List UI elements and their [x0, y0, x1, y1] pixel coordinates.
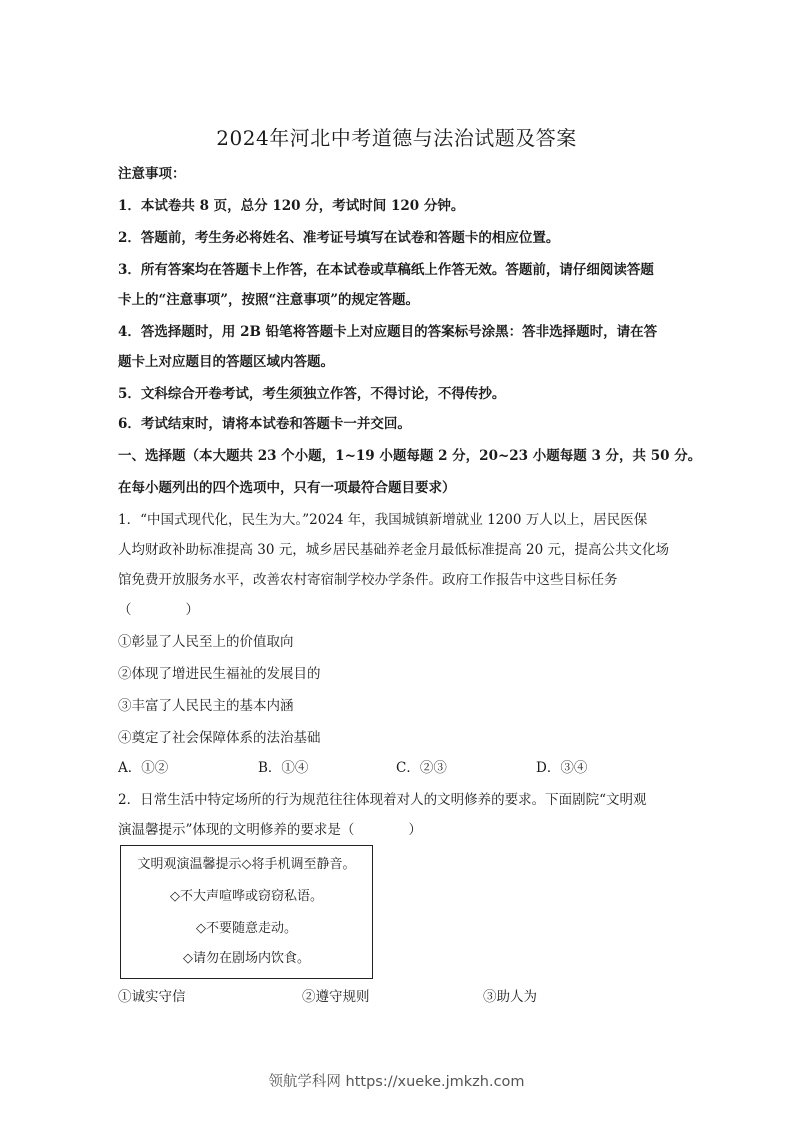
section-heading: 在每小题列出的四个选项中，只有一项最符合题目要求）: [118, 478, 456, 498]
statement: ②遵守规则: [302, 987, 370, 1007]
section-heading: 一、选择题（本大题共 23 个小题，1~19 小题每题 2 分，20~23 小题…: [118, 446, 701, 466]
notice-item: 1．本试卷共 8 页，总分 120 分，考试时间 120 分钟。: [118, 196, 464, 216]
statement: ④奠定了社会保障体系的法治基础: [118, 728, 321, 748]
footer-watermark: 领航学科网 https://xueke.jmkzh.com: [0, 1070, 793, 1091]
notice-item: 4．答选择题时，用 2B 铅笔将答题卡上对应题目的答案标号涂黑：答非选择题时，请…: [118, 322, 657, 342]
notice-item: 卡上的“注意事项”，按照“注意事项”的规定答题。: [118, 290, 419, 310]
statement: ③丰富了人民民主的基本内涵: [118, 696, 294, 716]
exam-page: 2024年河北中考道德与法治试题及答案 注意事项： 1．本试卷共 8 页，总分 …: [0, 0, 793, 1122]
notice-box-line: ◇请勿在剧场内饮食。: [121, 950, 372, 968]
notice-item: 题卡上对应题目的答题区域内答题。: [118, 352, 334, 372]
question-2-stem: 2．日常生活中特定场所的行为规范往往体现着对人的文明修养的要求。下面剧院“文明观: [118, 790, 647, 810]
option-c: C．②③: [396, 758, 447, 778]
option-a: A．①②: [118, 758, 168, 778]
statement: ①彰显了人民至上的价值取向: [118, 632, 294, 652]
option-d: D．③④: [536, 758, 587, 778]
answer-blank: （ ）: [118, 600, 199, 620]
notice-box-line: 文明观演温馨提示◇将手机调至静音。: [121, 856, 372, 874]
notice-item: 3．所有答案均在答题卡上作答，在本试卷或草稿纸上作答无效。答题前，请仔细阅读答题: [118, 260, 654, 280]
statement: ②体现了增进民生福祉的发展目的: [118, 664, 321, 684]
question-1-stem: 人均财政补助标准提高 30 元，城乡居民基础养老金月最低标准提高 20 元，提高…: [118, 540, 669, 560]
notice-box-line: ◇不要随意走动。: [121, 920, 372, 938]
notice-heading: 注意事项：: [118, 164, 186, 184]
theater-notice-box: 文明观演温馨提示◇将手机调至静音。 ◇不大声喧哗或窃窃私语。 ◇不要随意走动。 …: [120, 845, 373, 979]
page-title: 2024年河北中考道德与法治试题及答案: [0, 124, 793, 152]
question-1-stem: 1．“中国式现代化，民生为大。”2024 年，我国城镇新增就业 1200 万人以…: [118, 510, 647, 530]
notice-item: 2．答题前，考生务必将姓名、准考证号填写在试卷和答题卡的相应位置。: [118, 228, 559, 248]
statement: ③助人为: [483, 987, 537, 1007]
question-2-stem: 演温馨提示”体现的文明修养的要求是（ ）: [118, 820, 422, 840]
statement: ①诚实守信: [118, 987, 186, 1007]
notice-item: 6．考试结束时，请将本试卷和答题卡一并交回。: [118, 414, 411, 434]
notice-box-line: ◇不大声喧哗或窃窃私语。: [121, 888, 372, 906]
notice-item: 5．文科综合开卷考试，考生须独立作答，不得讨论，不得传抄。: [118, 384, 505, 404]
question-1-stem: 馆免费开放服务水平，改善农村寄宿制学校办学条件。政府工作报告中这些目标任务: [118, 570, 618, 590]
option-b: B．①④: [258, 758, 308, 778]
